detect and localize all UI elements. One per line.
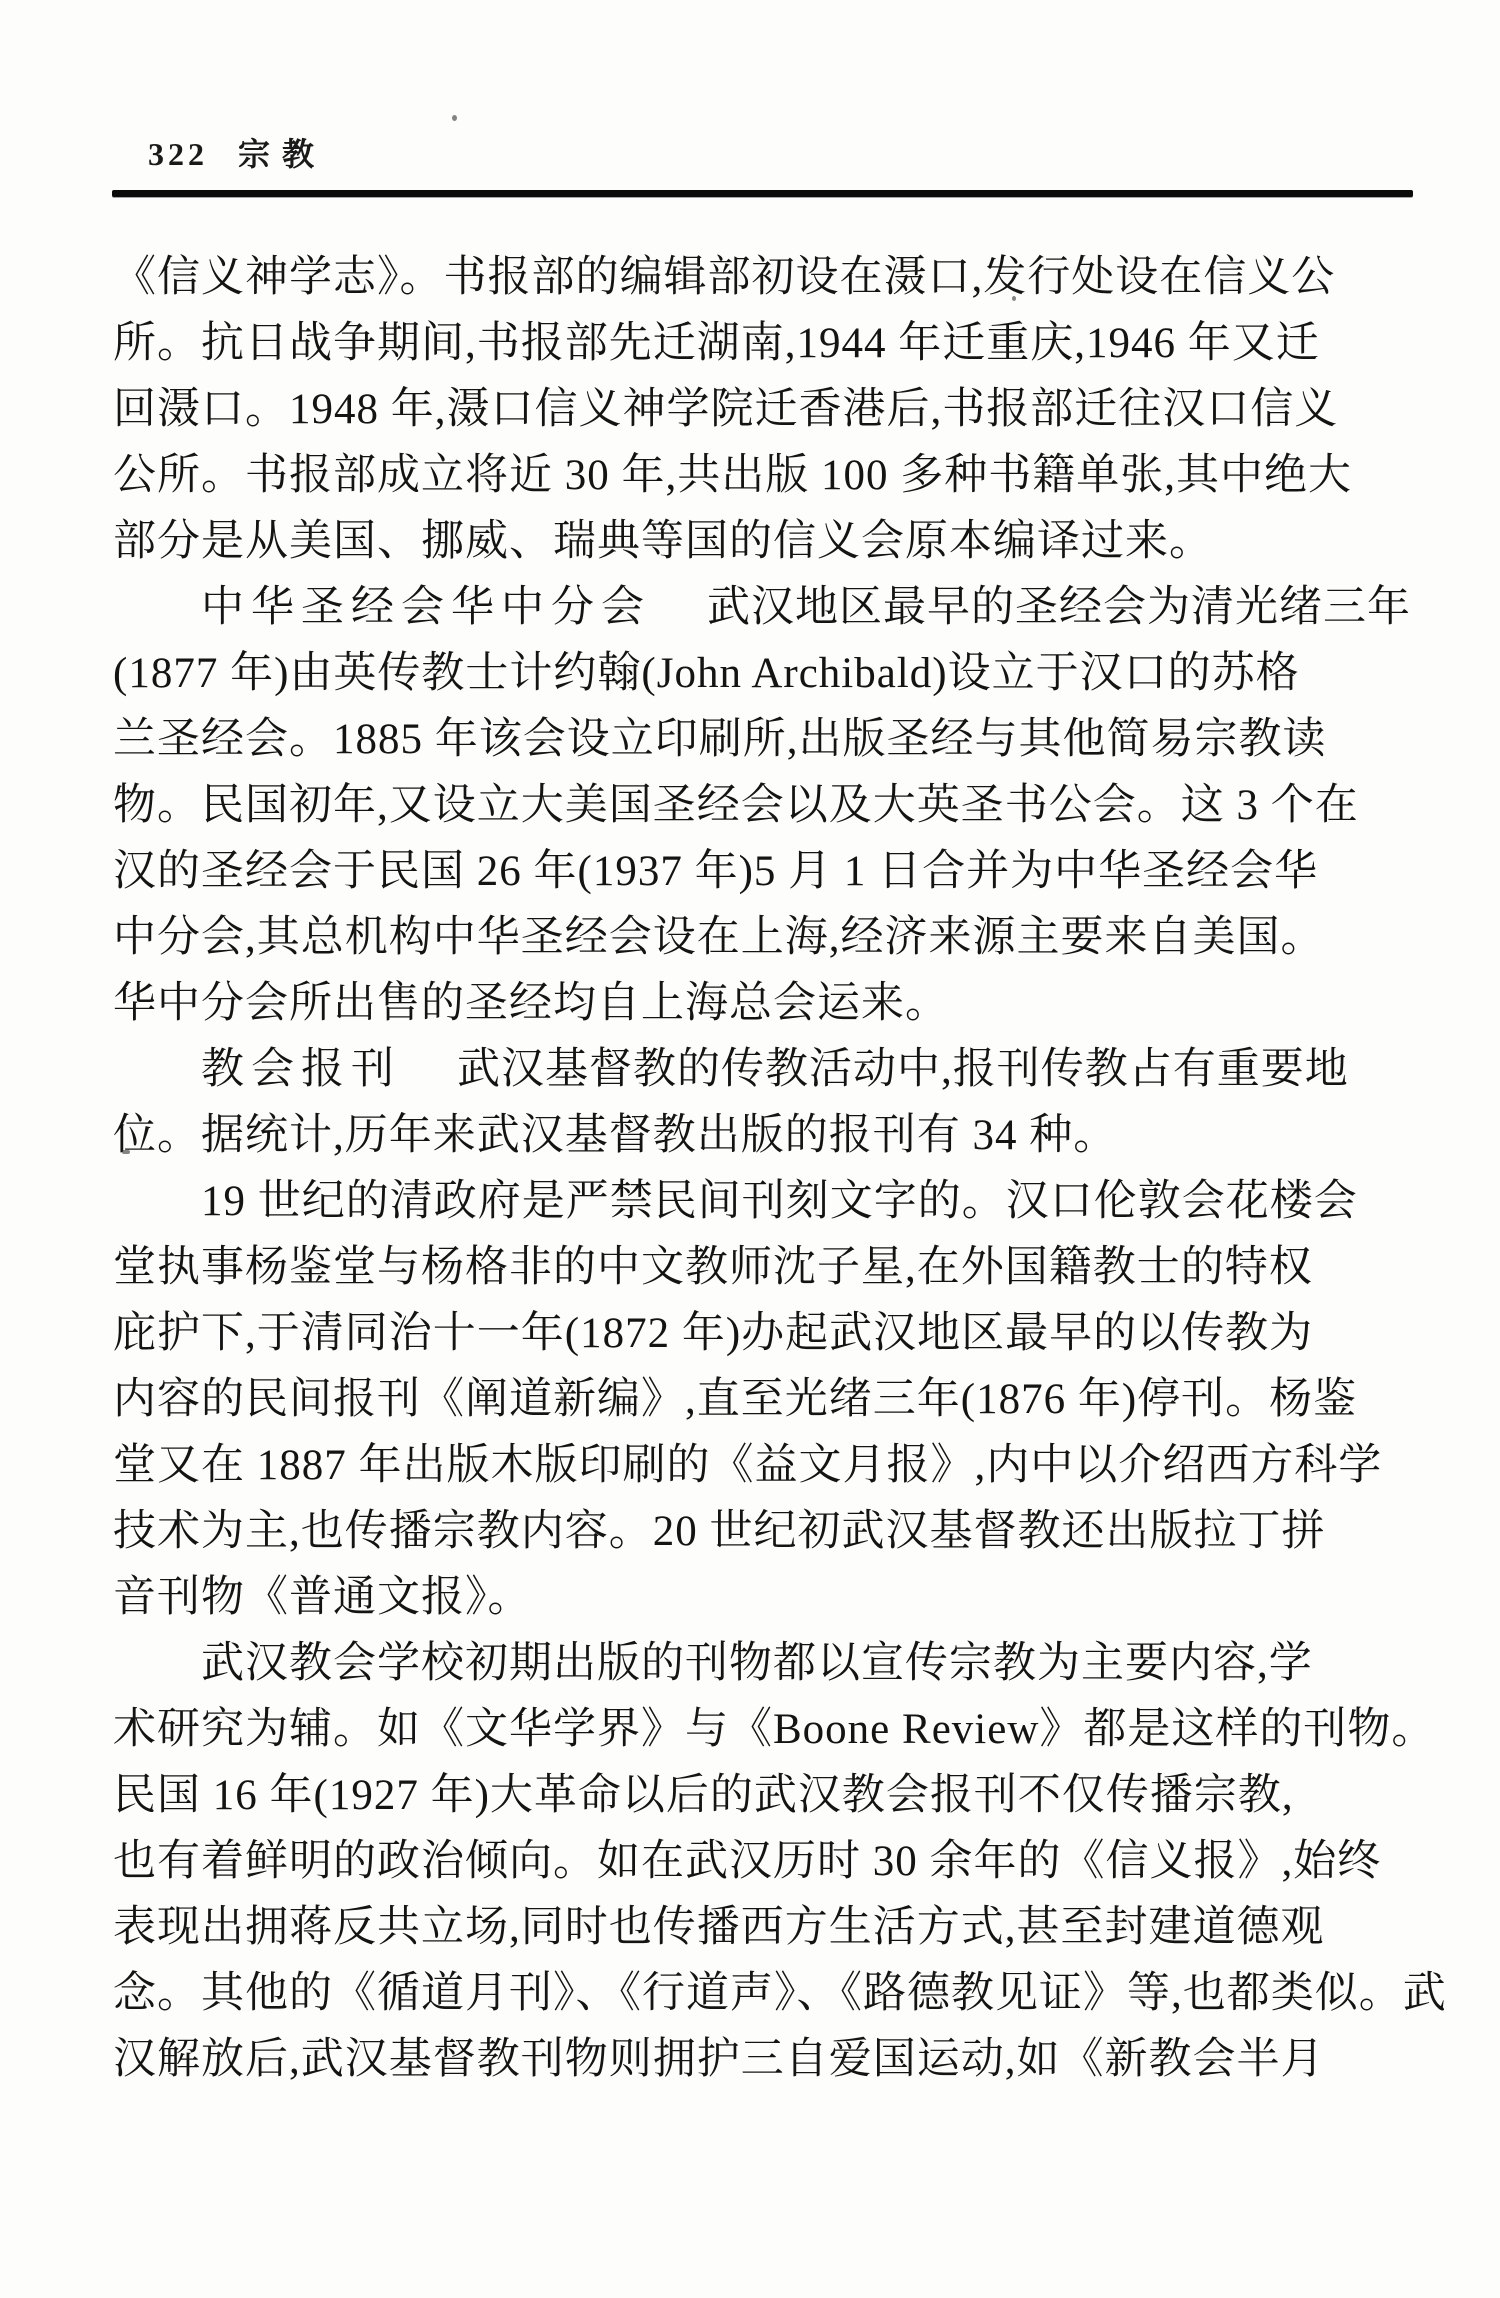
scan-speck	[122, 1150, 130, 1154]
entry-line: 教会报刊武汉基督教的传教活动中,报刊传教占有重要地	[113, 1037, 1409, 1103]
scan-speck	[1012, 296, 1016, 301]
text-line: 堂又在 1887 年出版木版印刷的《益文月报》,内中以介绍西方科学	[113, 1433, 1409, 1499]
entry-headword: 中华圣经会华中分会	[201, 584, 651, 631]
text-line: 术研究为辅。如《文华学界》与《Boone Review》都是这样的刊物。	[113, 1697, 1409, 1763]
text-line: 民国 16 年(1927 年)大革命以后的武汉教会报刊不仅传播宗教,	[113, 1763, 1409, 1829]
entry-line: 中华圣经会华中分会武汉地区最早的圣经会为清光绪三年	[113, 575, 1409, 641]
text-line: 所。抗日战争期间,书报部先迁湖南,1944 年迁重庆,1946 年又迁	[113, 311, 1409, 377]
book-page: 322宗教 《信义神学志》。书报部的编辑部初设在滠口,发行处设在信义公 所。抗日…	[0, 0, 1500, 2298]
text-block: 《信义神学志》。书报部的编辑部初设在滠口,发行处设在信义公 所。抗日战争期间,书…	[113, 245, 1409, 2093]
text-line: 兰圣经会。1885 年该会设立印刷所,出版圣经与其他简易宗教读	[113, 707, 1409, 773]
text-line: 也有着鲜明的政治倾向。如在武汉历时 30 余年的《信义报》,始终	[113, 1829, 1409, 1895]
page-number: 322	[148, 136, 208, 172]
text-line: 公所。书报部成立将近 30 年,共出版 100 多种书籍单张,其中绝大	[113, 443, 1409, 509]
text-line: 物。民国初年,又设立大美国圣经会以及大英圣书公会。这 3 个在	[113, 773, 1409, 839]
text-line: 念。其他的《循道月刊》、《行道声》、《路德教见证》等,也都类似。武	[113, 1961, 1409, 2027]
text-line: 部分是从美国、挪威、瑞典等国的信义会原本编译过来。	[113, 509, 1409, 575]
text-line: 汉解放后,武汉基督教刊物则拥护三自爱国运动,如《新教会半月	[113, 2027, 1409, 2093]
text-line: 《信义神学志》。书报部的编辑部初设在滠口,发行处设在信义公	[113, 245, 1409, 311]
entry-text: 武汉地区最早的圣经会为清光绪三年	[707, 584, 1411, 631]
text-line: 19 世纪的清政府是严禁民间刊刻文字的。汉口伦敦会花楼会	[113, 1169, 1409, 1235]
text-line: 位。据统计,历年来武汉基督教出版的报刊有 34 种。	[113, 1103, 1409, 1169]
entry-headword: 教会报刊	[201, 1046, 401, 1093]
text-line: 表现出拥蒋反共立场,同时也传播西方生活方式,甚至封建道德观	[113, 1895, 1409, 1961]
text-line: 庇护下,于清同治十一年(1872 年)办起武汉地区最早的以传教为	[113, 1301, 1409, 1367]
text-line: 技术为主,也传播宗教内容。20 世纪初武汉基督教还出版拉丁拼	[113, 1499, 1409, 1565]
entry-text: 武汉基督教的传教活动中,报刊传教占有重要地	[457, 1046, 1349, 1093]
text-line: 中分会,其总机构中华圣经会设在上海,经济来源主要来自美国。	[113, 905, 1409, 971]
text-line: 华中分会所出售的圣经均自上海总会运来。	[113, 971, 1409, 1037]
header-rule	[112, 190, 1413, 197]
scan-speck	[452, 115, 457, 121]
text-line: (1877 年)由英传教士计约翰(John Archibald)设立于汉口的苏格	[113, 641, 1409, 707]
text-line: 武汉教会学校初期出版的刊物都以宣传宗教为主要内容,学	[113, 1631, 1409, 1697]
running-header: 322宗教	[148, 134, 326, 174]
text-line: 回滠口。1948 年,滠口信义神学院迁香港后,书报部迁往汉口信义	[113, 377, 1409, 443]
text-line: 堂执事杨鉴堂与杨格非的中文教师沈子星,在外国籍教士的特权	[113, 1235, 1409, 1301]
scan-speck	[560, 1396, 564, 1402]
text-line: 音刊物《普通文报》。	[113, 1565, 1409, 1631]
text-line: 汉的圣经会于民国 26 年(1937 年)5 月 1 日合并为中华圣经会华	[113, 839, 1409, 905]
section-title: 宗教	[238, 136, 326, 172]
text-line: 内容的民间报刊《阐道新编》,直至光绪三年(1876 年)停刊。杨鉴	[113, 1367, 1409, 1433]
